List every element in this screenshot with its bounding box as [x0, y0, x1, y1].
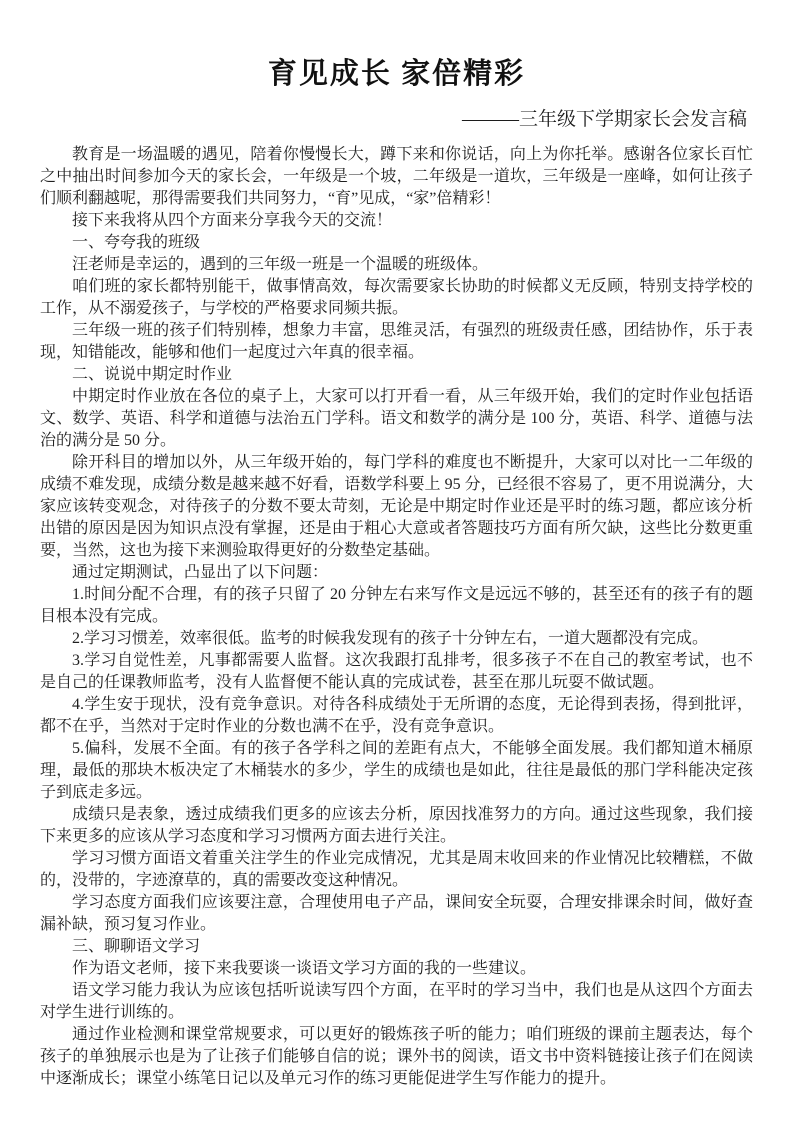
- list-item-2: 2.学习习惯差，效率很低。监考的时候我发现有的孩子十分钟左右，一道大题都没有完成…: [40, 628, 753, 650]
- section-heading-3: 三、聊聊语文学习: [40, 936, 753, 958]
- paragraph-intro: 教育是一场温暖的遇见，陪着你慢慢长大，蹲下来和你说话，向上为你托举。感谢各位家长…: [40, 144, 753, 210]
- paragraph-overview: 接下来我将从四个方面来分享我今天的交流！: [40, 210, 753, 232]
- paragraph: 学习态度方面我们应该要注意，合理使用电子产品，课间安全玩耍，合理安排课余时间，做…: [40, 892, 753, 936]
- list-item-1: 1.时间分配不合理，有的孩子只留了 20 分钟左右来写作文是远远不够的，甚至还有…: [40, 584, 753, 628]
- paragraph: 中期定时作业放在各位的桌子上，大家可以打开看一看，从三年级开始，我们的定时作业包…: [40, 386, 753, 452]
- paragraph: 汪老师是幸运的，遇到的三年级一班是一个温暖的班级体。: [40, 254, 753, 276]
- document-title: 育见成长 家倍精彩: [40, 54, 753, 94]
- paragraph: 成绩只是表象，透过成绩我们更多的应该去分析，原因找准努力的方向。通过这些现象，我…: [40, 804, 753, 848]
- paragraph: 作为语文老师，接下来我要谈一谈语文学习方面的我的一些建议。: [40, 958, 753, 980]
- paragraph: 咱们班的家长都特别能干，做事情高效，每次需要家长协助的时候都义无反顾，特别支持学…: [40, 276, 753, 320]
- section-heading-2: 二、说说中期定时作业: [40, 364, 753, 386]
- list-item-5: 5.偏科，发展不全面。有的孩子各学科之间的差距有点大，不能够全面发展。我们都知道…: [40, 738, 753, 804]
- paragraph: 三年级一班的孩子们特别棒，想象力丰富，思维灵活，有强烈的班级责任感，团结协作，乐…: [40, 320, 753, 364]
- paragraph: 通过作业检测和课堂常规要求，可以更好的锻炼孩子听的能力；咱们班级的课前主题表达，…: [40, 1024, 753, 1090]
- document-subtitle: ———三年级下学期家长会发言稿: [40, 107, 747, 133]
- paragraph: 除开科目的增加以外，从三年级开始的，每门学科的难度也不断提升，大家可以对比一二年…: [40, 452, 753, 562]
- list-item-3: 3.学习自觉性差，凡事都需要人监督。这次我跟打乱排考，很多孩子不在自己的教室考试…: [40, 650, 753, 694]
- section-heading-1: 一、夸夸我的班级: [40, 232, 753, 254]
- document-page: 育见成长 家倍精彩 ———三年级下学期家长会发言稿 教育是一场温暖的遇见，陪着你…: [0, 0, 793, 1122]
- paragraph: 学习习惯方面语文着重关注学生的作业完成情况，尤其是周末收回来的作业情况比较糟糕，…: [40, 848, 753, 892]
- paragraph: 通过定期测试，凸显出了以下问题：: [40, 562, 753, 584]
- paragraph: 语文学习能力我认为应该包括听说读写四个方面，在平时的学习当中，我们也是从这四个方…: [40, 980, 753, 1024]
- document-body: 教育是一场温暖的遇见，陪着你慢慢长大，蹲下来和你说话，向上为你托举。感谢各位家长…: [40, 144, 753, 1090]
- list-item-4: 4.学生安于现状，没有竞争意识。对待各科成绩处于无所谓的态度，无论得到表扬，得到…: [40, 694, 753, 738]
